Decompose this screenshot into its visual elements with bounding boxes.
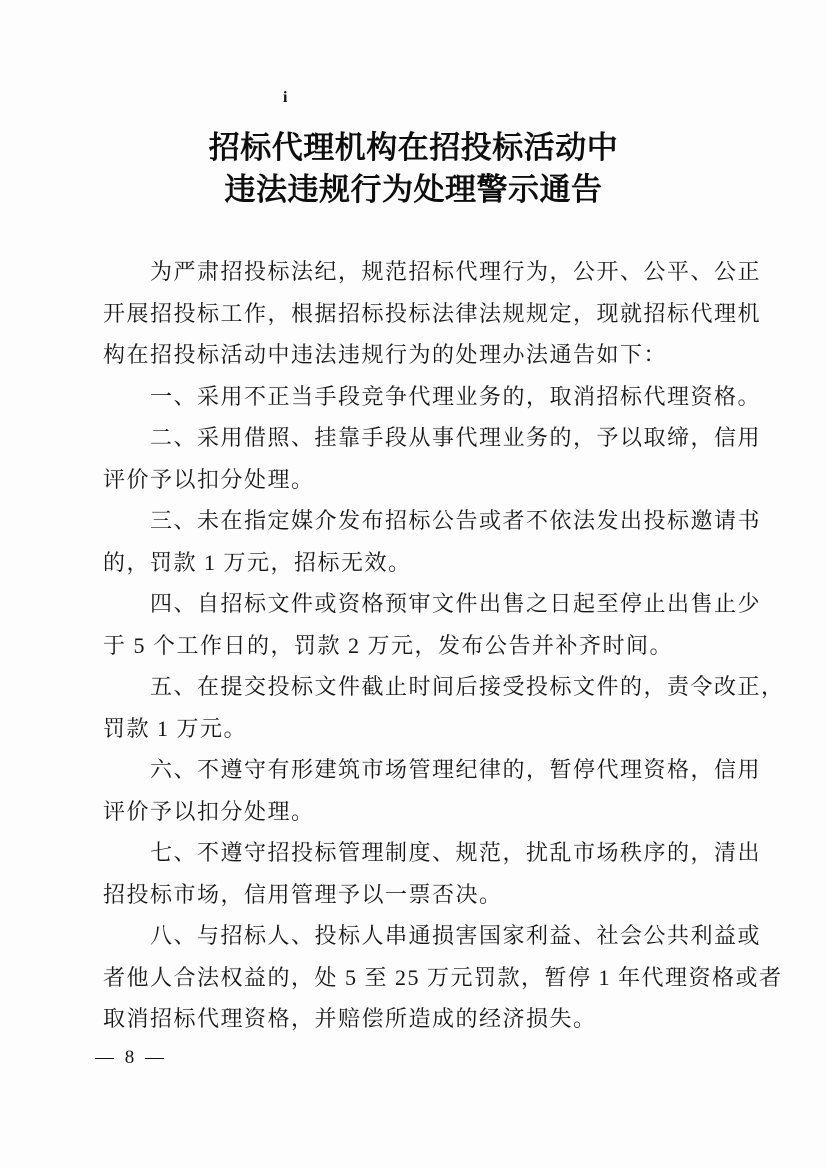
- document-title: 招标代理机构在招投标活动中 违法违规行为处理警示通告: [0, 0, 827, 211]
- document-page: i 招标代理机构在招投标活动中 违法违规行为处理警示通告 为严肃招投标法纪，规范…: [0, 0, 827, 1169]
- text-line: 二、采用借照、挂靠手段从事代理业务的，予以取缔，信用: [103, 417, 785, 459]
- text-line: 取消招标代理资格，并赔偿所造成的经济损失。: [103, 998, 785, 1040]
- text-line: 者他人合法权益的，处 5 至 25 万元罚款，暂停 1 年代理资格或者: [103, 957, 785, 999]
- text-line: 于 5 个工作日的，罚款 2 万元，发布公告并补齐时间。: [103, 625, 785, 667]
- scan-artifact-mark: i: [283, 90, 287, 106]
- text-line: 六、不遵守有形建筑市场管理纪律的，暂停代理资格，信用: [103, 749, 785, 791]
- page-number-footer: — 8 —: [95, 1047, 827, 1069]
- text-line: 四、自招标文件或资格预审文件出售之日起至停止出售止少: [103, 583, 785, 625]
- text-line: 评价予以扣分处理。: [103, 791, 785, 833]
- text-line: 八、与招标人、投标人串通损害国家利益、社会公共利益或: [103, 915, 785, 957]
- text-line: 一、采用不正当手段竞争代理业务的，取消招标代理资格。: [103, 376, 785, 418]
- document-body: 为严肃招投标法纪，规范招标代理行为，公开、公平、公正开展招投标工作，根据招标投标…: [103, 251, 785, 1040]
- text-line: 评价予以扣分处理。: [103, 459, 785, 501]
- text-line: 构在招投标活动中违法违规行为的处理办法通告如下：: [103, 334, 785, 376]
- text-line: 三、未在指定媒介发布招标公告或者不依法发出投标邀请书: [103, 500, 785, 542]
- title-line-2: 违法违规行为处理警示通告: [0, 169, 827, 211]
- text-line: 罚款 1 万元。: [103, 708, 785, 750]
- text-line: 七、不遵守招投标管理制度、规范，扰乱市场秩序的，清出: [103, 832, 785, 874]
- text-line: 开展招投标工作，根据招标投标法律法规规定，现就招标代理机: [103, 293, 785, 335]
- text-line: 招投标市场，信用管理予以一票否决。: [103, 874, 785, 916]
- text-line: 的，罚款 1 万元，招标无效。: [103, 542, 785, 584]
- text-line: 五、在提交投标文件截止时间后接受投标文件的，责令改正，: [103, 666, 785, 708]
- text-line: 为严肃招投标法纪，规范招标代理行为，公开、公平、公正: [103, 251, 785, 293]
- title-line-1: 招标代理机构在招投标活动中: [0, 127, 827, 169]
